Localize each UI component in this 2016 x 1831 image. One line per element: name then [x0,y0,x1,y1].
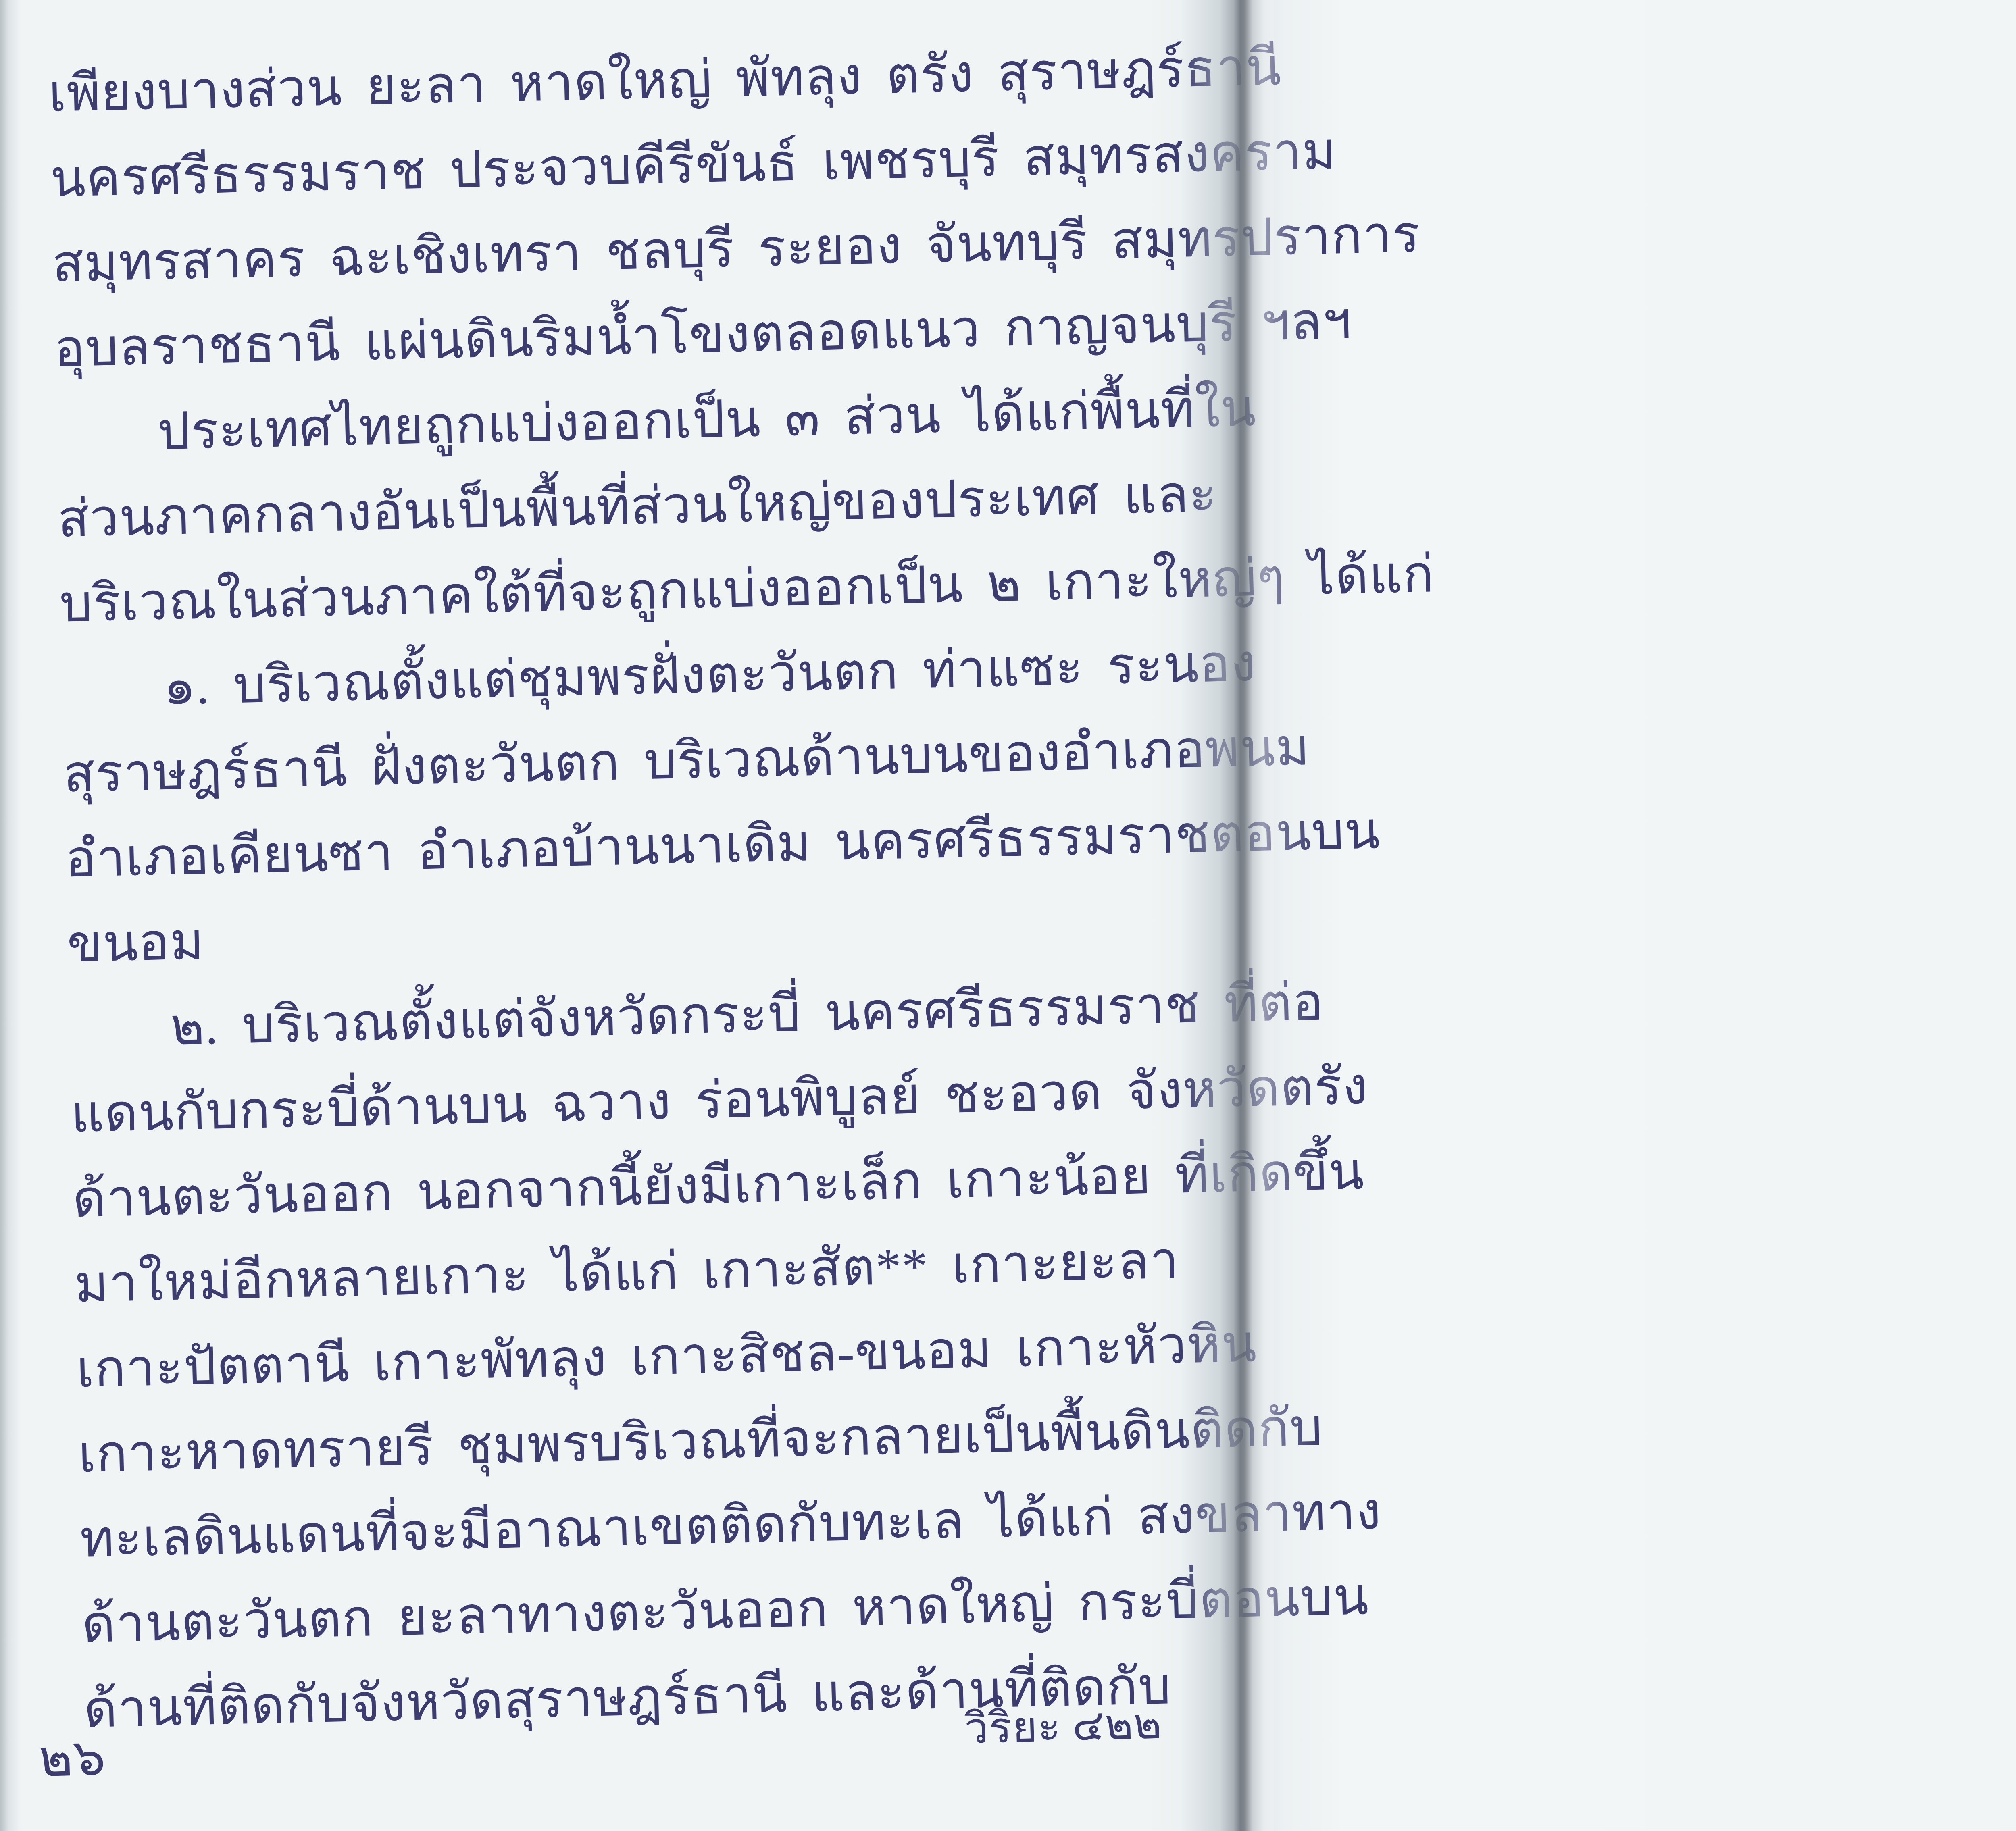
scanned-book-spread: { "colors": { "paper": "#eff3f4", "ink":… [0,0,2016,1831]
page-number: ๒๖ [37,1716,106,1799]
page-gutter-shadow [1181,0,1318,1831]
left-page-text: เพียงบางส่วน ยะลา หาดใหญ่ พัทลุง ตรัง สุ… [48,26,1254,1752]
left-page: เพียงบางส่วน ยะลา หาดใหญ่ พัทลุง ตรัง สุ… [0,0,1246,1831]
footer-credit: วิริยะ ๔๒๒ [964,1689,1163,1762]
page-edge-shadow [0,0,20,1831]
right-page: จังหวัดพังงา ตอนกลางของจังหวัดสุราษฎร์ธา… [1274,0,2016,1831]
